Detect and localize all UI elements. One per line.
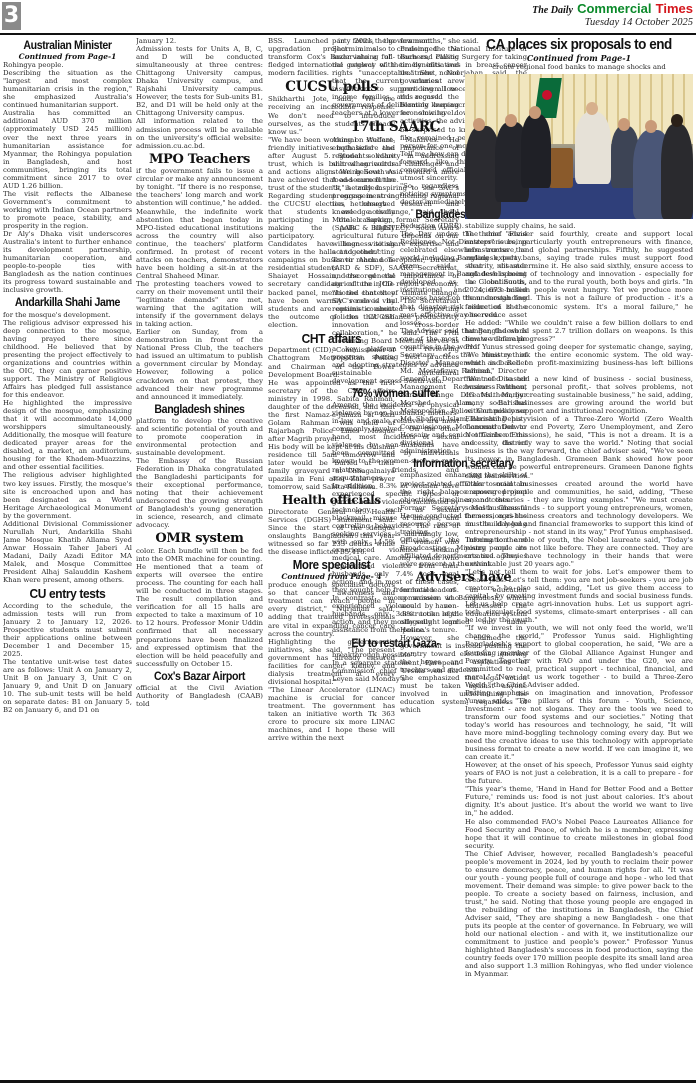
article-paragraph: Describing the situation as the "largest… xyxy=(3,69,132,109)
article-paragraph: The Embassy of the Russian Federation in… xyxy=(136,457,263,529)
photo-table xyxy=(549,148,573,188)
lead-paragraph: He also commended FAO's Nobel Peace Laur… xyxy=(465,818,693,850)
lead-paragraph: "If we invest in youth, we will not only… xyxy=(465,624,693,688)
lead-paragraph: He added: "While we couldn't raise a few… xyxy=(465,319,693,343)
article-paragraph: Earlier on Sunday, from a demonstration … xyxy=(136,328,263,400)
headline-coxs-bazar-airport: Cox's Bazar Airport xyxy=(141,671,258,683)
article-paragraph: The religious advisor expressed his deep… xyxy=(3,319,132,399)
page-number: 3 xyxy=(2,2,21,30)
article-paragraph: platform to develop the creative and sci… xyxy=(136,417,263,457)
lead-intro: create regional food banks to manage sho… xyxy=(465,63,693,71)
column-6-content xyxy=(400,37,462,1078)
article-paragraph: He mentioned that a team of experts will… xyxy=(136,563,263,668)
lead-paragraph: However, at the onset of his speech, Pro… xyxy=(465,761,693,785)
lead-paragraph: "We need to add a new kind of business -… xyxy=(465,375,693,415)
article-paragraph: According to the schedule, the admission… xyxy=(3,602,132,658)
newspaper-brand: The Daily Commercial Times xyxy=(532,1,693,18)
photo-person xyxy=(575,112,611,184)
article-paragraph: for the mosque's development. xyxy=(3,311,132,319)
brand-times: Times xyxy=(656,1,693,16)
lead-paragraph: Prof Yunus stressed going deeper for sys… xyxy=(465,343,693,375)
article-paragraph: All information related to the admission… xyxy=(136,117,263,149)
top-divider xyxy=(0,33,696,35)
article-paragraph: He highlighted the impressive design of … xyxy=(3,399,132,471)
lead-paragraph: Putting emphasis on imagination and inno… xyxy=(465,689,693,761)
photo-head xyxy=(505,114,517,127)
headline-omr-system: OMR system xyxy=(136,532,263,546)
article-paragraph: The religious adviser highlighted two ke… xyxy=(3,471,132,519)
article-paragraph: Additional Divisional Commissioner Nurul… xyxy=(3,520,132,584)
article-paragraph: The protesting teachers vowed to carry o… xyxy=(136,280,263,328)
lead-photo xyxy=(465,74,693,219)
article-paragraph: if the government fails to issue a circu… xyxy=(136,167,263,207)
article-paragraph: The visit reflects the Albanese Governme… xyxy=(3,190,132,230)
lead-paragraph: The chief adviser said fourthly, create … xyxy=(465,230,693,319)
article-paragraph: official at the Civil Aviation Authority… xyxy=(136,684,263,708)
continued-label: Continued from Page-1 xyxy=(3,53,132,61)
flag-disc xyxy=(542,90,552,100)
lead-story: CA places six proposals to end Continued… xyxy=(465,37,693,1078)
column-2: January 12. Admission tests for Units A,… xyxy=(136,37,263,1078)
article-paragraph: Admission tests for Units A, B, C, and D… xyxy=(136,45,263,117)
lead-paragraph: The Chief Adviser, however, recalled Ban… xyxy=(465,850,693,979)
photo-head xyxy=(529,106,541,119)
article-paragraph: Rohingya people. xyxy=(3,61,132,69)
continued-label: Continued from Page-1 xyxy=(465,53,693,63)
lead-paragraph: "This year's theme, 'Hand in Hand for Be… xyxy=(465,785,693,817)
dateline: Tuesday 14 October 2025 xyxy=(585,17,693,28)
photo-head xyxy=(671,114,683,127)
article-paragraph: Dr Aly's Dhaka visit underscores Austral… xyxy=(3,230,132,294)
photo-head xyxy=(618,118,630,131)
article-paragraph: Meanwhile, the indefinite work abstentio… xyxy=(136,208,263,280)
photo-head xyxy=(645,120,657,133)
brand-commercial: Commercial xyxy=(577,1,651,16)
headline-bangladesh-shines: Bangladesh shines xyxy=(141,404,258,416)
bottom-divider xyxy=(0,1080,696,1083)
lead-paragraph: Elaborating his vision of a Three-Zero W… xyxy=(465,415,693,479)
article-paragraph: January 12. xyxy=(136,37,263,45)
column-1: Australian Minister Continued from Page-… xyxy=(3,37,132,1078)
lead-paragraph: "Let's not tell them to wait for jobs. L… xyxy=(465,568,693,624)
headline-andarkilla: Andarkilla Shahi Jame xyxy=(8,297,127,309)
masthead: 3 The Daily Commercial Times Tuesday 14 … xyxy=(0,0,696,33)
photo-person xyxy=(521,114,551,188)
photo-person xyxy=(661,124,693,219)
headline-mpo-teachers: MPO Teachers xyxy=(136,153,263,167)
photo-head xyxy=(473,118,485,131)
headline-cu-entry: CU entry tests xyxy=(8,587,127,601)
headline-australian-minister: Australian Minister xyxy=(8,40,127,52)
article-paragraph: color. Each bundle will then be fed into… xyxy=(136,547,263,563)
article-paragraph: The tentative unit-wise test dates are a… xyxy=(3,658,132,714)
article-paragraph: Australia has committed an additional AU… xyxy=(3,109,132,189)
photo-head xyxy=(586,102,598,115)
lead-paragraph: stabilize supply chains, he said. xyxy=(465,222,693,230)
lead-headline: CA places six proposals to end xyxy=(473,37,685,53)
brand-prefix: The Daily xyxy=(532,5,573,16)
lead-paragraph: Other social businesses created around t… xyxy=(465,480,693,569)
